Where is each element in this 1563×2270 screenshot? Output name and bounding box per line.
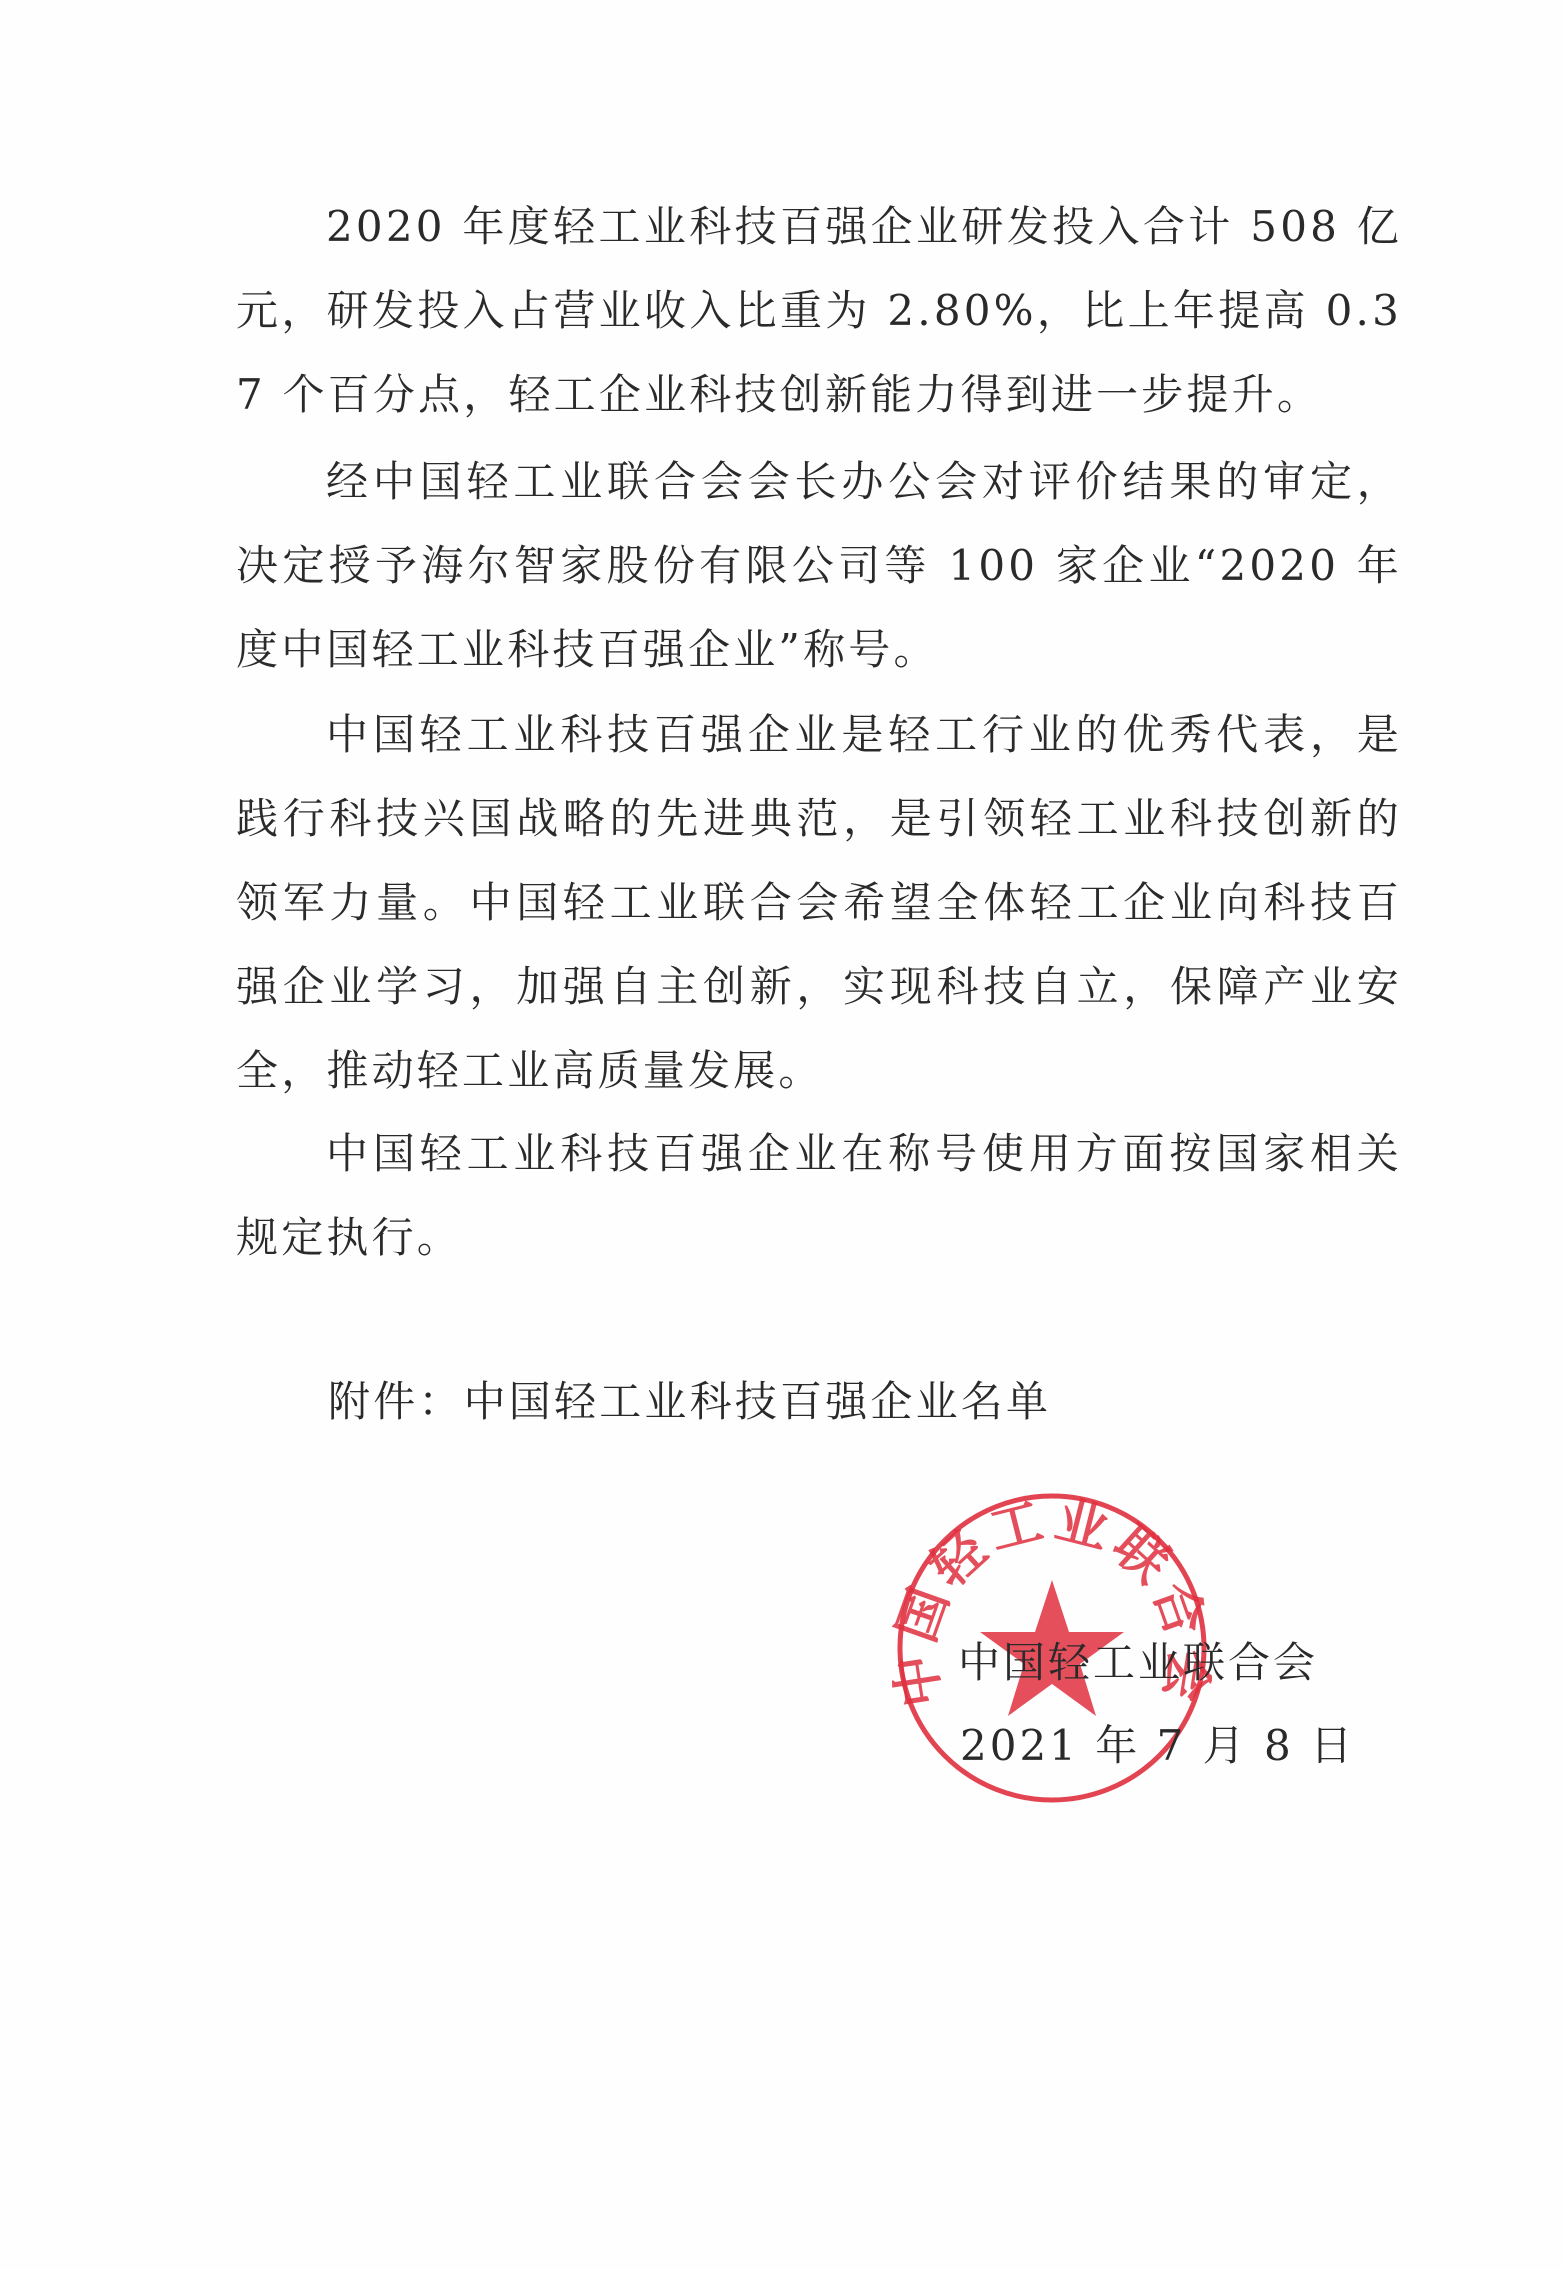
signature-organization: 中国轻工业联合会 — [958, 1630, 1318, 1690]
paragraph-text: 经中国轻工业联合会会长办公会对评价结果的审定，决定授予海尔智家股份有限公司等 1… — [236, 440, 1402, 692]
paragraph-text: 中国轻工业科技百强企业在称号使用方面按国家相关规定执行。 — [236, 1112, 1402, 1280]
attachment-note: 附件：中国轻工业科技百强企业名单 — [328, 1360, 1051, 1444]
paragraph-award-decision: 经中国轻工业联合会会长办公会对评价结果的审定，决定授予海尔智家股份有限公司等 1… — [236, 440, 1402, 692]
paragraph-text: 2020 年度轻工业科技百强企业研发投入合计 508 亿元，研发投入占营业收入比… — [236, 185, 1402, 437]
signature-date: 2021 年 7 月 8 日 — [960, 1713, 1355, 1773]
paragraph-rd-investment: 2020 年度轻工业科技百强企业研发投入合计 508 亿元，研发投入占营业收入比… — [236, 185, 1402, 437]
paragraph-text: 中国轻工业科技百强企业是轻工行业的优秀代表，是践行科技兴国战略的先进典范，是引领… — [236, 693, 1402, 1113]
paragraph-usage-rules: 中国轻工业科技百强企业在称号使用方面按国家相关规定执行。 — [236, 1112, 1402, 1280]
paragraph-significance: 中国轻工业科技百强企业是轻工行业的优秀代表，是践行科技兴国战略的先进典范，是引领… — [236, 693, 1402, 1113]
document-page: 2020 年度轻工业科技百强企业研发投入合计 508 亿元，研发投入占营业收入比… — [0, 0, 1563, 2270]
